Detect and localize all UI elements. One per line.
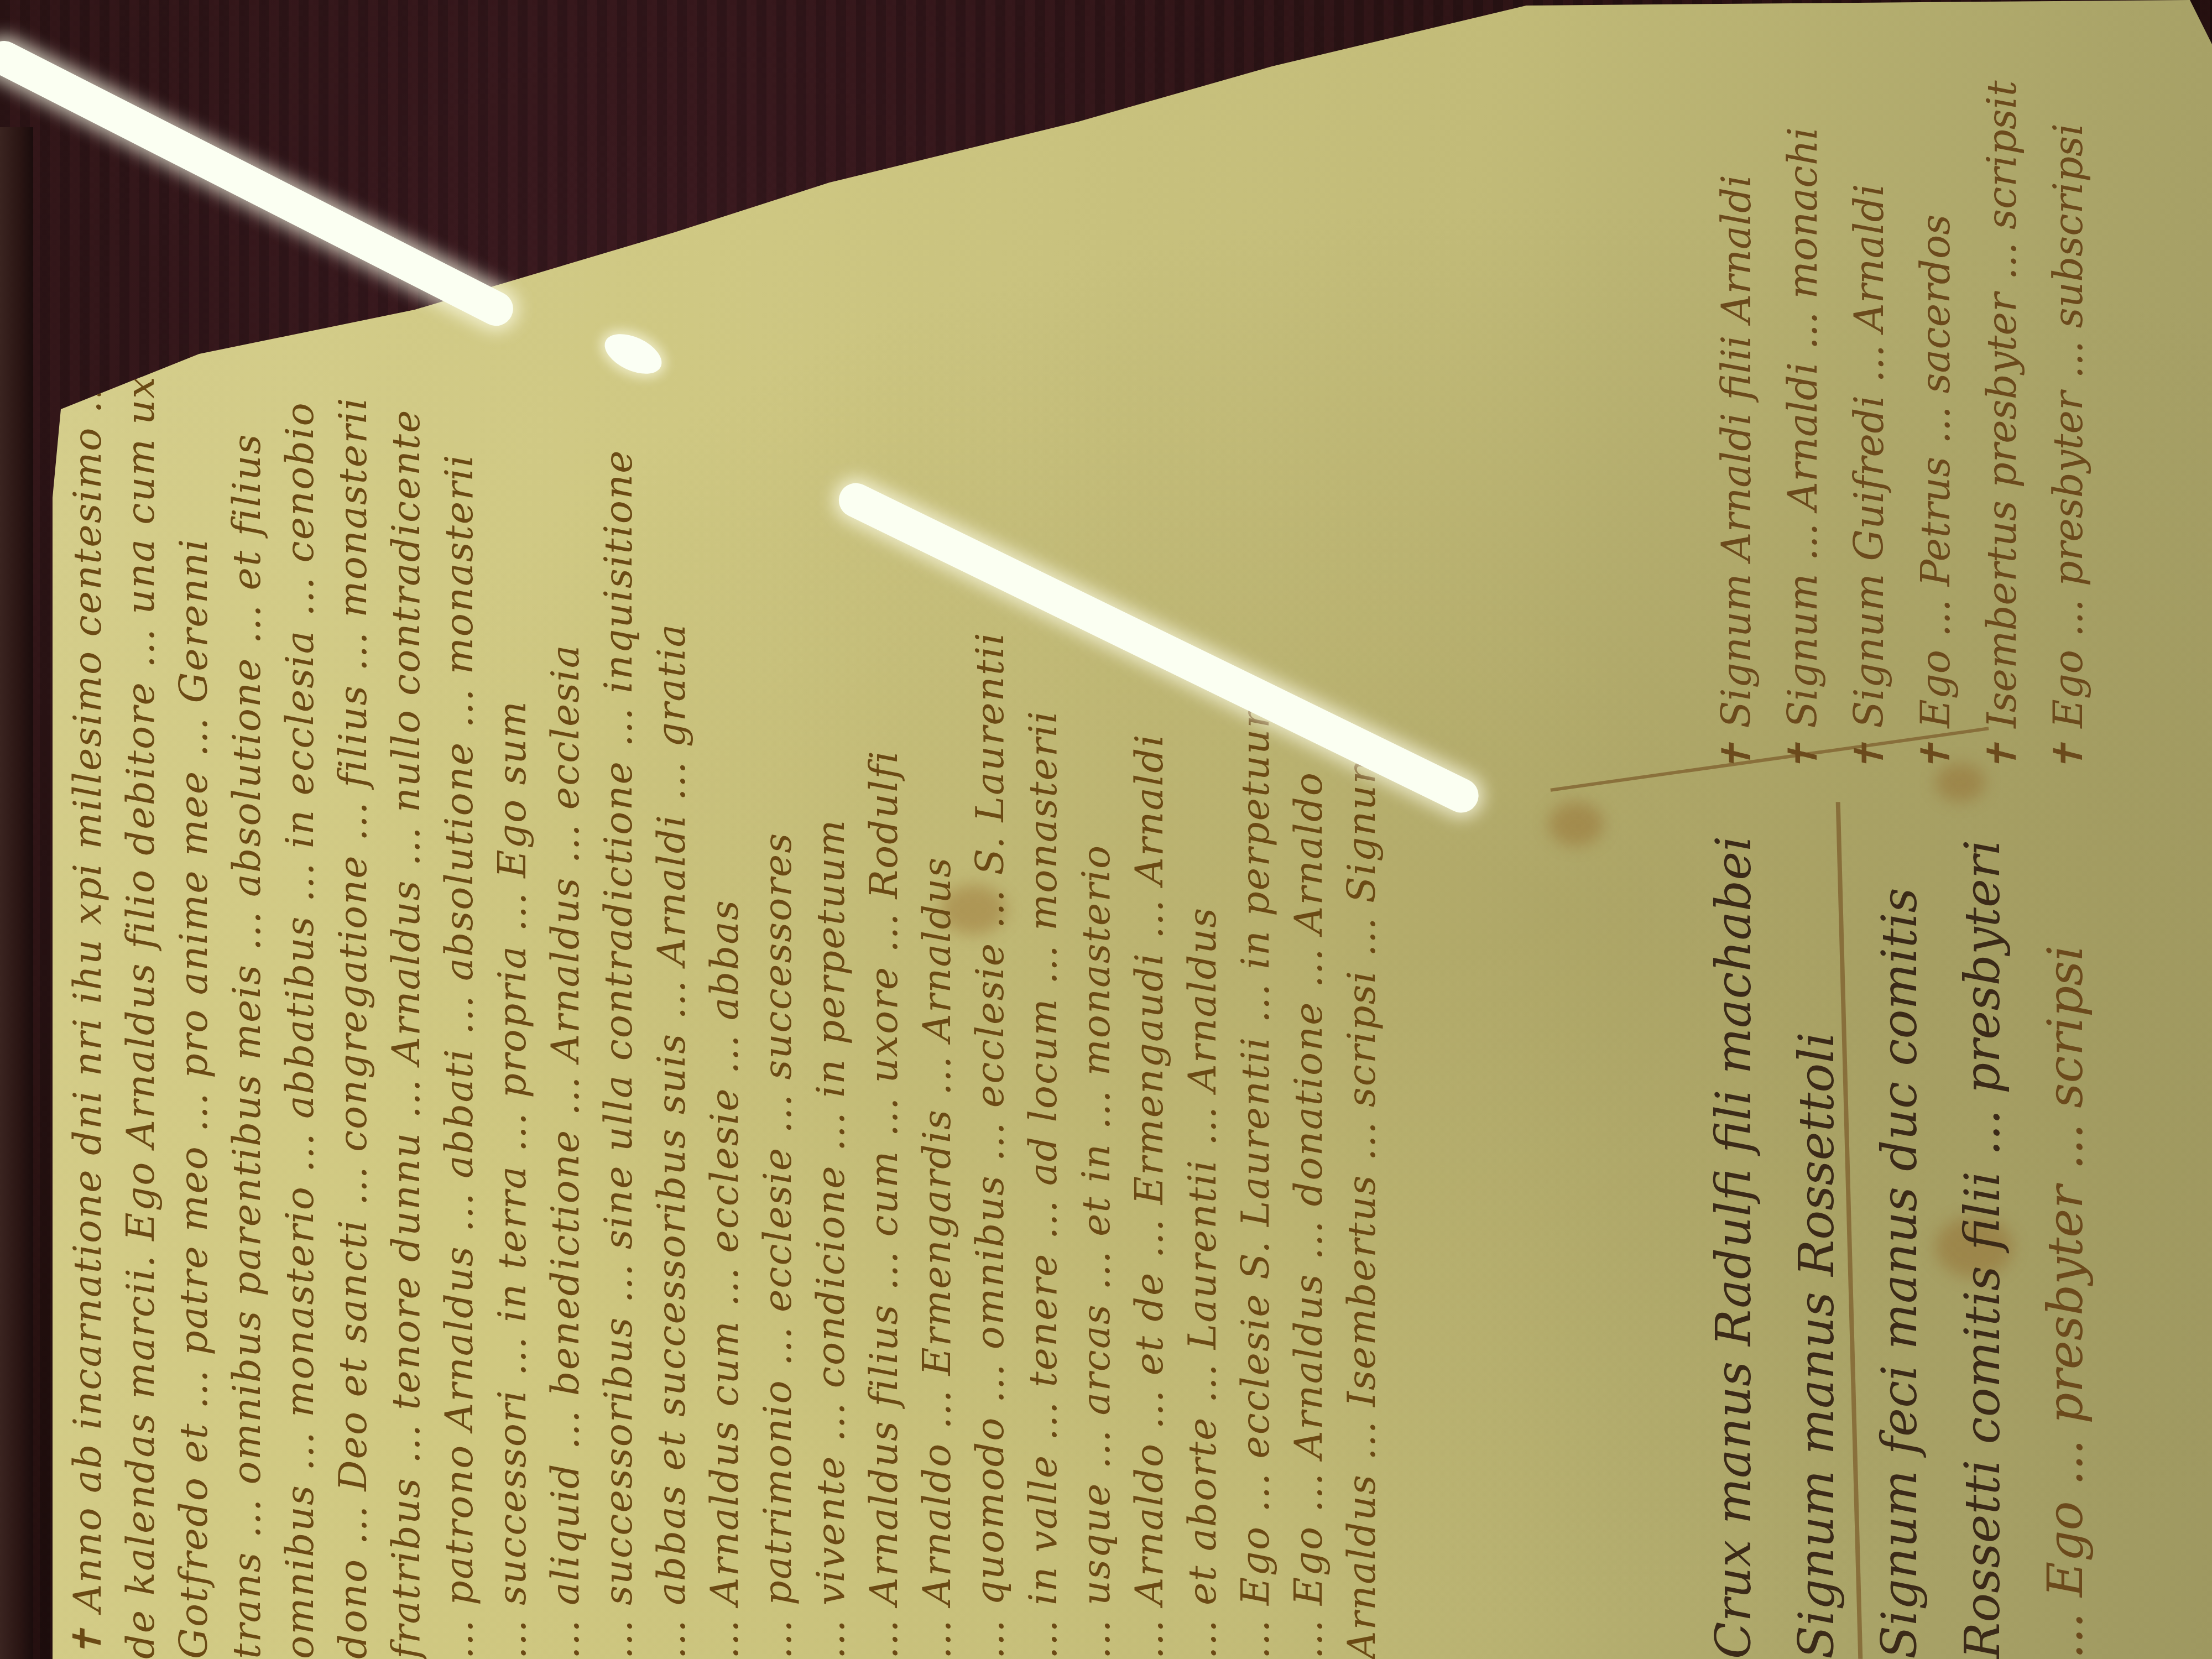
stain <box>1548 802 1604 846</box>
witness-line: ✝ Isembertus presbyter ... scripsit <box>1969 0 2035 774</box>
text-line: ... aliquid ... benedictione ... Arnaldu… <box>539 55 592 1659</box>
text-line: ... Arnaldus filius ... cum ... uxore ..… <box>857 55 910 1659</box>
text-line: ... et aborte ... Laurentii ... Arnaldus <box>1176 55 1229 1659</box>
witness-line: ✝ Signum ... Arnaldi ... monachi <box>1770 0 1836 774</box>
witness-line: ✝ Ego ... Petrus ... sacerdos <box>1902 0 1969 774</box>
text-line: Arnaldus ... Isembertus ... scripsi ... … <box>1335 55 1388 1659</box>
witness-subscriptions: ✝ Signum Arnaldi filii Arnaldi ✝ Signum … <box>1703 0 2101 774</box>
text-line: ... Arnaldo ... Ermengardis ... Arnaldus <box>910 55 963 1659</box>
text-line: ... Arnaldus cum ... ecclesie ... abbas <box>698 55 751 1659</box>
witness-line: ✝ Ego ... presbyter ... subscripsi <box>2035 0 2101 774</box>
display-case-frame <box>0 127 33 1659</box>
text-line: ... Ego ... ecclesie S. Laurentii ... in… <box>1229 55 1282 1659</box>
text-line: ... vivente ... condicione ... in perpet… <box>804 55 857 1659</box>
text-line: ... Arnaldo ... et de ... Ermengaudi ...… <box>1123 55 1176 1659</box>
text-line: ... usque ... arcas ... et in ... monast… <box>1070 55 1123 1659</box>
text-line: ... quomodo ... omnibus ... ecclesie ...… <box>963 55 1016 1659</box>
text-line: ... successoribus ... sine ulla contradi… <box>592 55 645 1659</box>
text-line: ... Ego ... Arnaldus ... donatione ... A… <box>1282 55 1335 1659</box>
text-line: ... abbas et successoribus suis ... Arna… <box>645 55 698 1659</box>
witness-line: ✝ Signum Arnaldi filii Arnaldi <box>1703 0 1770 774</box>
text-line: ... in valle ... tenere ... ad locum ...… <box>1016 55 1070 1659</box>
witness-line: ✝ Signum Guifredi ... Arnaldi <box>1836 0 1902 774</box>
text-line: ... patrimonio ... ecclesie ... successo… <box>751 55 804 1659</box>
